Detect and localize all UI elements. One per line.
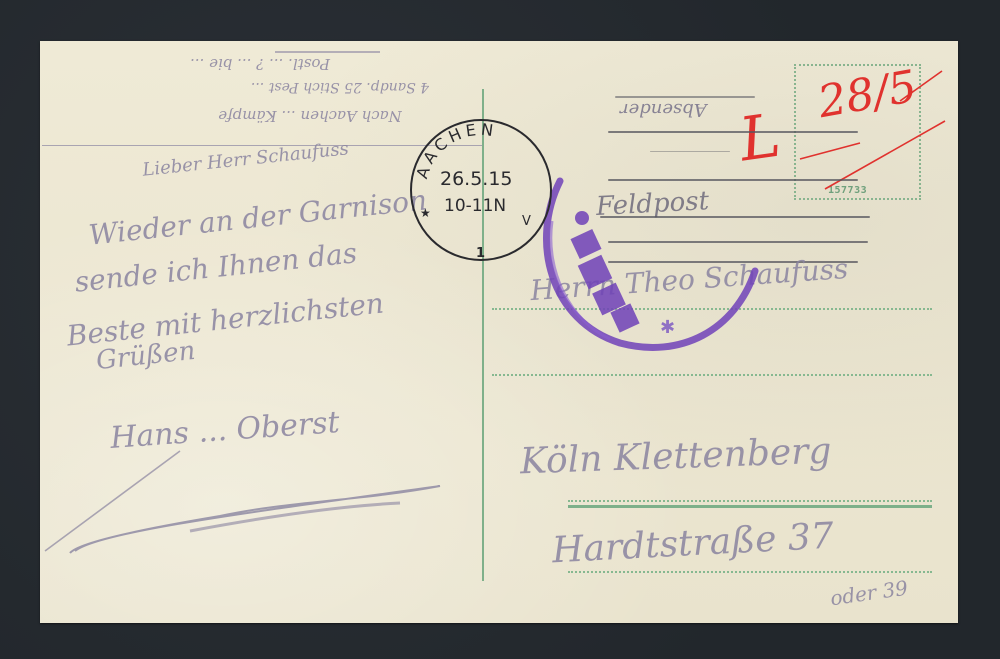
message-line-4: Beste mit herzlichsten	[65, 286, 385, 352]
header-word: Absender	[620, 99, 707, 120]
pencil-rule-top	[275, 51, 380, 53]
aachen-postmark: AACHEN 26.5.15 10-11N ★ V 1	[406, 115, 556, 265]
address-city: Köln Klettenberg	[519, 431, 832, 483]
postmark-suffix: V	[522, 214, 531, 229]
address-street: Hardtstraße 37	[551, 516, 835, 572]
signature-flourish	[40, 431, 460, 551]
postmark-code: 1	[476, 246, 485, 261]
censor-star: ✱	[660, 317, 675, 338]
address-alt-number: oder 39	[829, 576, 910, 611]
upside-down-note-line-1: Postl. ... ? ... bie ...	[60, 55, 460, 73]
postmark-date: 26.5.15	[440, 168, 513, 190]
cancel-bar-2	[608, 131, 858, 133]
postmark-time: 10-11N	[444, 196, 506, 216]
message-line-2: Wieder an der Garnison	[87, 183, 428, 251]
postmark-star: ★	[420, 206, 431, 220]
address-line-3	[568, 500, 932, 502]
address-line-2	[492, 374, 932, 376]
censor-mark: ✱	[530, 161, 770, 361]
postcard: Postl. ... ? ... bie ... 4 Sandp. 25 Sti…	[40, 41, 958, 623]
address-line-4	[568, 571, 932, 573]
address-line-3-solid	[568, 505, 932, 508]
cancel-bar-1	[615, 96, 755, 98]
upside-down-note-line-2: 4 Sandp. 25 Stich Pest ...	[190, 79, 490, 95]
cancel-bar-3	[650, 151, 730, 152]
